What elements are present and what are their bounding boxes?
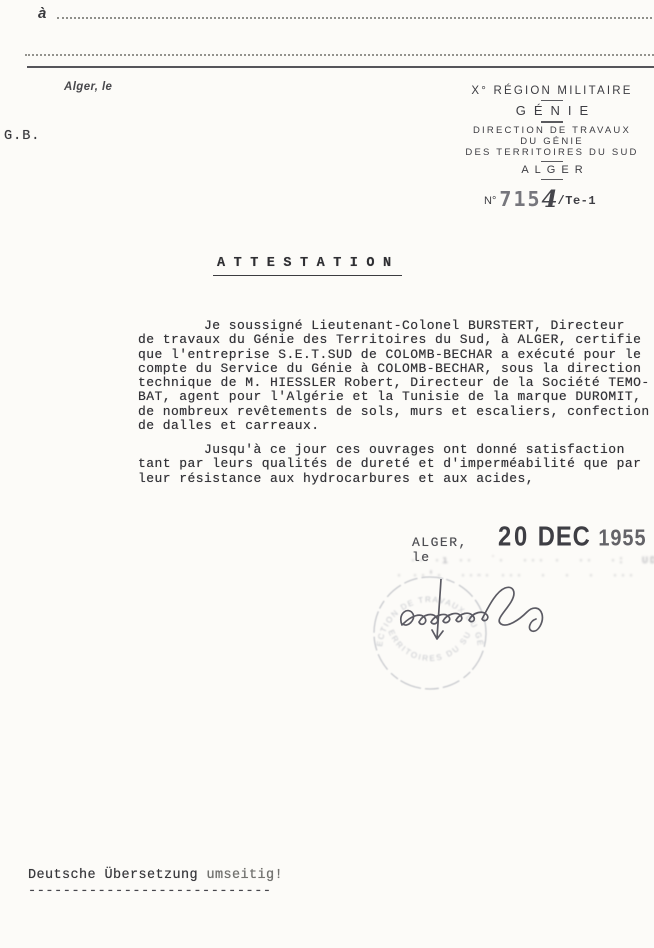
illegible-faint-text-1: ·· ·ı ·· ˙· ··· · ·· ·: UD [410,556,654,567]
footer-note-main: Deutsche Übersetzung [28,868,198,883]
number-suffix: /Te-1 [558,194,597,208]
letterhead-direction-line-1: DIRECTION DE TRAVAUX [450,125,654,136]
date-stamp: 20 DEC 1955 [498,521,647,553]
dotted-leader-line-2 [25,54,654,56]
footer-note-tail: umseitig! [198,868,283,883]
scanned-letter-page: à Alger, le G.B. X° RÉGION MILITAIRE GÉN… [0,0,654,948]
number-handwritten-digit: 4 [542,186,558,213]
body-line: de nombreux revêtements de sols, murs et… [138,405,654,419]
body-paragraph-1: Je soussigné Lieutenant-Colonel BURSTERT… [138,319,654,433]
letterhead-block: X° RÉGION MILITAIRE GÉNIE DIRECTION DE T… [450,85,654,213]
document-number-line: N° 7154/Te-1 [450,186,654,213]
horizontal-rule [27,66,654,68]
reference-initials: G.B. [4,129,40,144]
addressee-label: à [38,5,46,22]
dotted-leader-line-1 [57,17,652,19]
number-stamped-digits: 715 [499,187,541,211]
body-line: technique de M. HIESSLER Robert, Directe… [138,376,654,390]
body-line: de dalles et carreaux. [138,419,654,433]
body-line: Je soussigné Lieutenant-Colonel BURSTERT… [138,319,654,333]
letterhead-rule [541,179,563,180]
body-line: leur résistance aux hydrocarbures et aux… [138,472,654,486]
footer-note: Deutsche Übersetzung umseitig! [28,868,283,883]
letterhead-genie-line: GÉNIE [450,103,654,118]
body-line: tant par leurs qualités de dureté et d'i… [138,457,654,471]
letterhead-direction-line-3: DES TERRITOIRES DU SUD [450,147,654,158]
document-title: ATTESTATION [213,256,402,276]
body-line: que l'entreprise S.E.T.SUD de COLOMB-BEC… [138,348,654,362]
number-label: N° [484,195,496,207]
signature-stroke [401,587,543,631]
signature [394,579,564,654]
letterhead-direction-line-2: DU GÉNIE [450,136,654,147]
date-stamp-month: DEC [537,521,590,553]
letterhead-rule [541,121,563,122]
date-stamp-day: 20 [498,521,530,553]
signature-pen-stroke [432,579,443,639]
letterhead-region-line: X° RÉGION MILITAIRE [450,85,654,97]
body-line: BAT, agent pour l'Algérie et la Tunisie … [138,390,654,404]
letterhead-rule [541,161,563,162]
body-line: Jusqu'à ce jour ces ouvrages ont donné s… [138,443,654,457]
preprinted-date-label: Alger, le [64,81,112,93]
body-paragraph-2: Jusqu'à ce jour ces ouvrages ont donné s… [138,443,654,486]
letterhead-city-line: ALGER [450,164,654,176]
letterhead-rule [541,100,563,101]
body-line: de travaux du Génie des Territoires du S… [138,333,654,347]
footer-dashed-line: ---------------------------- [28,884,272,899]
body-line: compte du Service du Génie à COLOMB-BECH… [138,362,654,376]
date-stamp-year: 1955 [598,526,646,552]
